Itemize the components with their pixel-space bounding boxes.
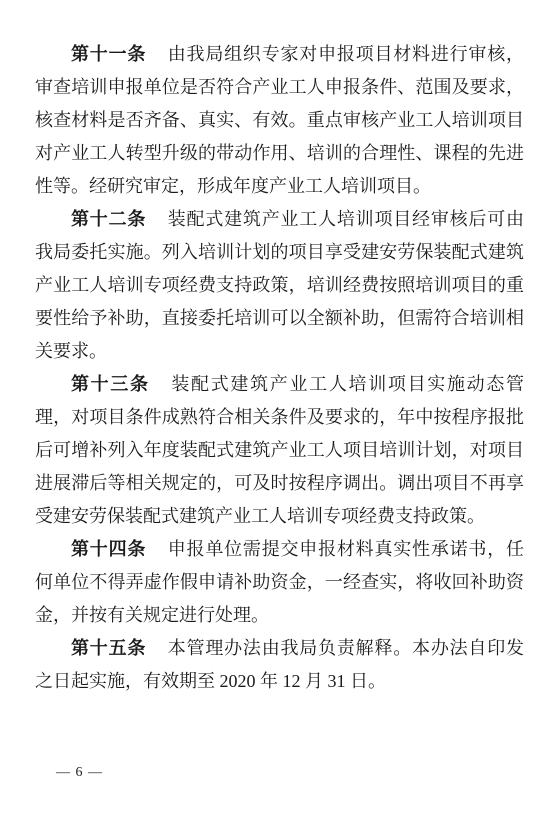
article-number: 第十三条	[71, 374, 150, 394]
article-text: 装配式建筑产业工人培训项目实施动态管理，对项目条件成熟符合相关条件及要求的，年中…	[35, 374, 524, 526]
article-text: 由我局组织专家对申报项目材料进行审核，审查培训申报单位是否符合产业工人申报条件、…	[35, 44, 524, 196]
article-text: 装配式建筑产业工人培训项目经审核后可由我局委托实施。列入培训计划的项目享受建安劳…	[35, 209, 524, 361]
article-number: 第十五条	[71, 638, 146, 658]
article-number: 第十二条	[71, 209, 146, 229]
document-page: 第十一条由我局组织专家对申报项目材料进行审核，审查培训申报单位是否符合产业工人申…	[0, 0, 557, 830]
article-number: 第十四条	[71, 539, 146, 559]
article-paragraph: 第十二条装配式建筑产业工人培训项目经审核后可由我局委托实施。列入培训计划的项目享…	[35, 203, 524, 368]
article-paragraph: 第十三条装配式建筑产业工人培训项目实施动态管理，对项目条件成熟符合相关条件及要求…	[35, 368, 524, 533]
article-paragraph: 第十四条申报单位需提交申报材料真实性承诺书，任何单位不得弄虚作假申请补助资金，一…	[35, 533, 524, 632]
page-number: — 6 —	[56, 765, 103, 781]
article-number: 第十一条	[71, 44, 146, 64]
document-body: 第十一条由我局组织专家对申报项目材料进行审核，审查培训申报单位是否符合产业工人申…	[35, 38, 524, 698]
article-paragraph: 第十一条由我局组织专家对申报项目材料进行审核，审查培训申报单位是否符合产业工人申…	[35, 38, 524, 203]
article-paragraph: 第十五条本管理办法由我局负责解释。本办法自印发之日起实施，有效期至 2020 年…	[35, 632, 524, 698]
